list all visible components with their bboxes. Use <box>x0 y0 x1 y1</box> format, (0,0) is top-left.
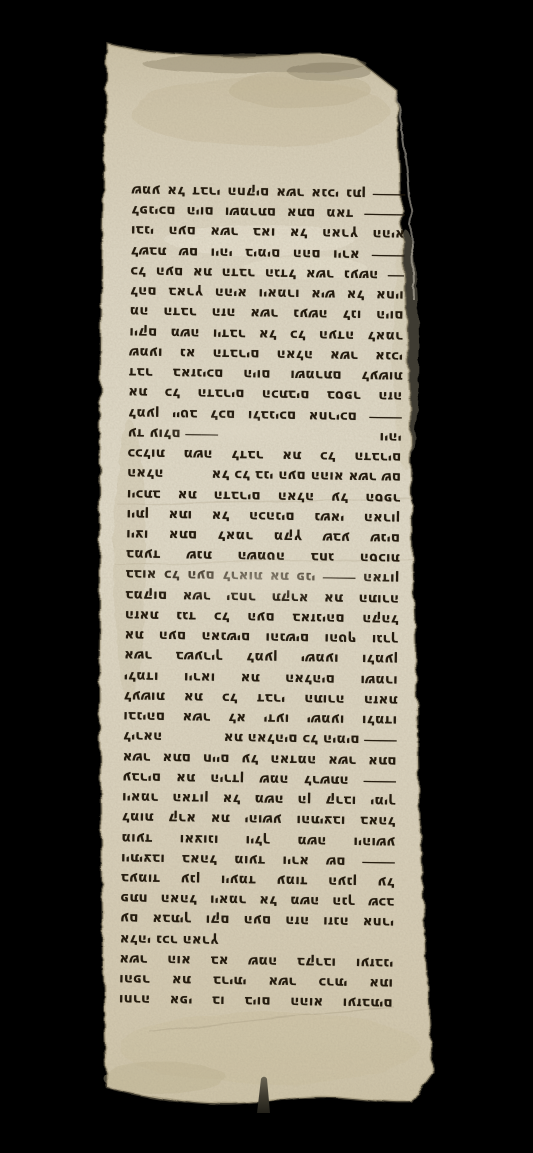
scroll-text-block: שמע אל דברי החקים אשר אנכי נתן ────לפניכ… <box>118 179 405 1013</box>
text-line: וחרה אפי בו ביום ההוא ועזבתים <box>119 988 393 1013</box>
photo-canvas: שמע אל דברי החקים אשר אנכי נתן ────לפניכ… <box>0 0 533 1153</box>
